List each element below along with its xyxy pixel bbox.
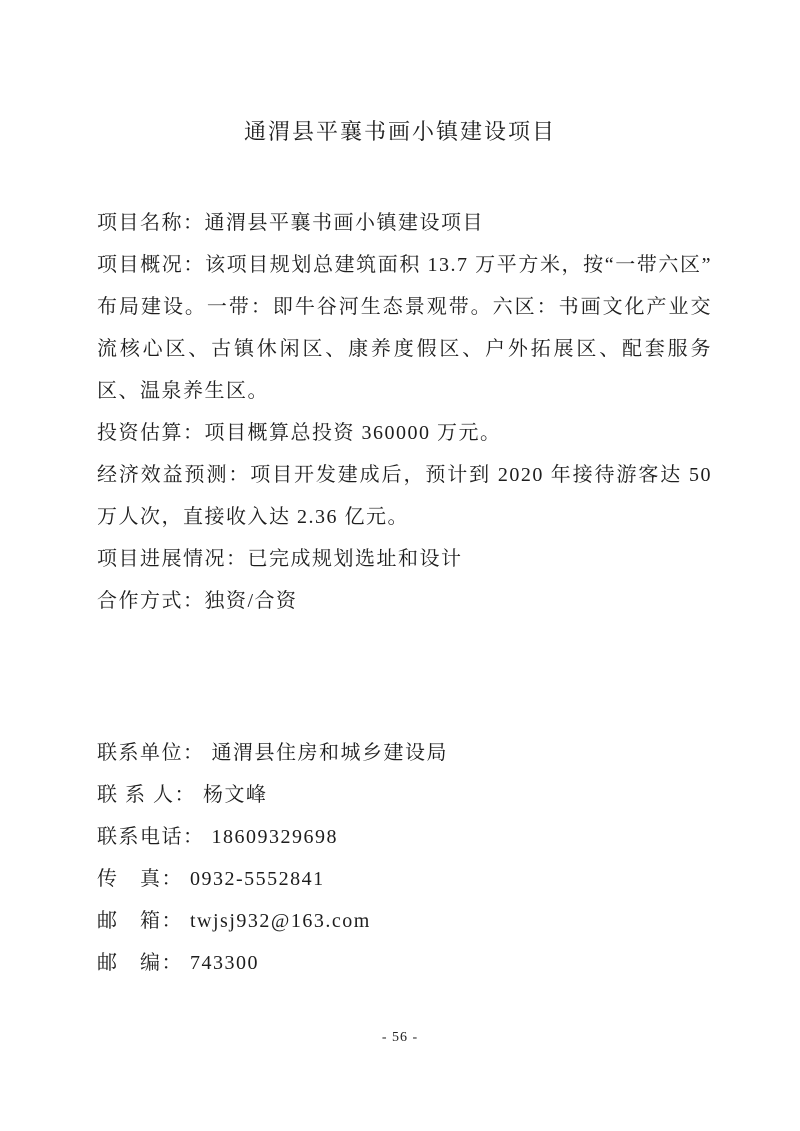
contact-value-postcode: 743300 <box>190 952 259 974</box>
project-info-section: 项目名称：通渭县平襄书画小镇建设项目 项目概况：该项目规划总建筑面积 13.7 … <box>97 202 712 622</box>
document-title: 通渭县平襄书画小镇建设项目 <box>0 0 800 147</box>
contact-value-email: twjsj932@163.com <box>190 910 371 932</box>
contact-row-person: 联 系 人：杨文峰 <box>97 774 712 816</box>
contact-row-fax: 传 真：0932-5552841 <box>97 858 712 900</box>
contact-label-email: 邮 箱： <box>97 910 183 932</box>
contact-value-fax: 0932-5552841 <box>190 868 325 890</box>
contact-value-phone: 18609329698 <box>212 826 339 848</box>
paragraph-investment-estimate: 投资估算：项目概算总投资 360000 万元。 <box>97 412 712 454</box>
contact-section: 联系单位：通渭县住房和城乡建设局 联 系 人：杨文峰 联系电话：18609329… <box>97 732 712 984</box>
contact-label-fax: 传 真： <box>97 868 183 890</box>
contact-label-phone: 联系电话： <box>97 826 205 848</box>
page-number: - 56 - <box>0 1030 800 1046</box>
contact-label-person: 联 系 人： <box>97 784 196 806</box>
contact-row-phone: 联系电话：18609329698 <box>97 816 712 858</box>
contact-label-postcode: 邮 编： <box>97 952 183 974</box>
paragraph-project-overview: 项目概况：该项目规划总建筑面积 13.7 万平方米，按“一带六区”布局建设。一带… <box>97 244 712 412</box>
contact-value-person: 杨文峰 <box>203 784 268 806</box>
contact-label-unit: 联系单位： <box>97 742 205 764</box>
paragraph-economic-benefit: 经济效益预测：项目开发建成后，预计到 2020 年接待游客达 50 万人次，直接… <box>97 454 712 538</box>
contact-row-unit: 联系单位：通渭县住房和城乡建设局 <box>97 732 712 774</box>
document-page: 通渭县平襄书画小镇建设项目 项目名称：通渭县平襄书画小镇建设项目 项目概况：该项… <box>0 0 800 1131</box>
contact-row-email: 邮 箱：twjsj932@163.com <box>97 900 712 942</box>
contact-row-postcode: 邮 编：743300 <box>97 942 712 984</box>
paragraph-project-name: 项目名称：通渭县平襄书画小镇建设项目 <box>97 202 712 244</box>
paragraph-project-progress: 项目进展情况：已完成规划选址和设计 <box>97 538 712 580</box>
paragraph-cooperation-mode: 合作方式：独资/合资 <box>97 580 712 622</box>
contact-value-unit: 通渭县住房和城乡建设局 <box>212 742 449 764</box>
